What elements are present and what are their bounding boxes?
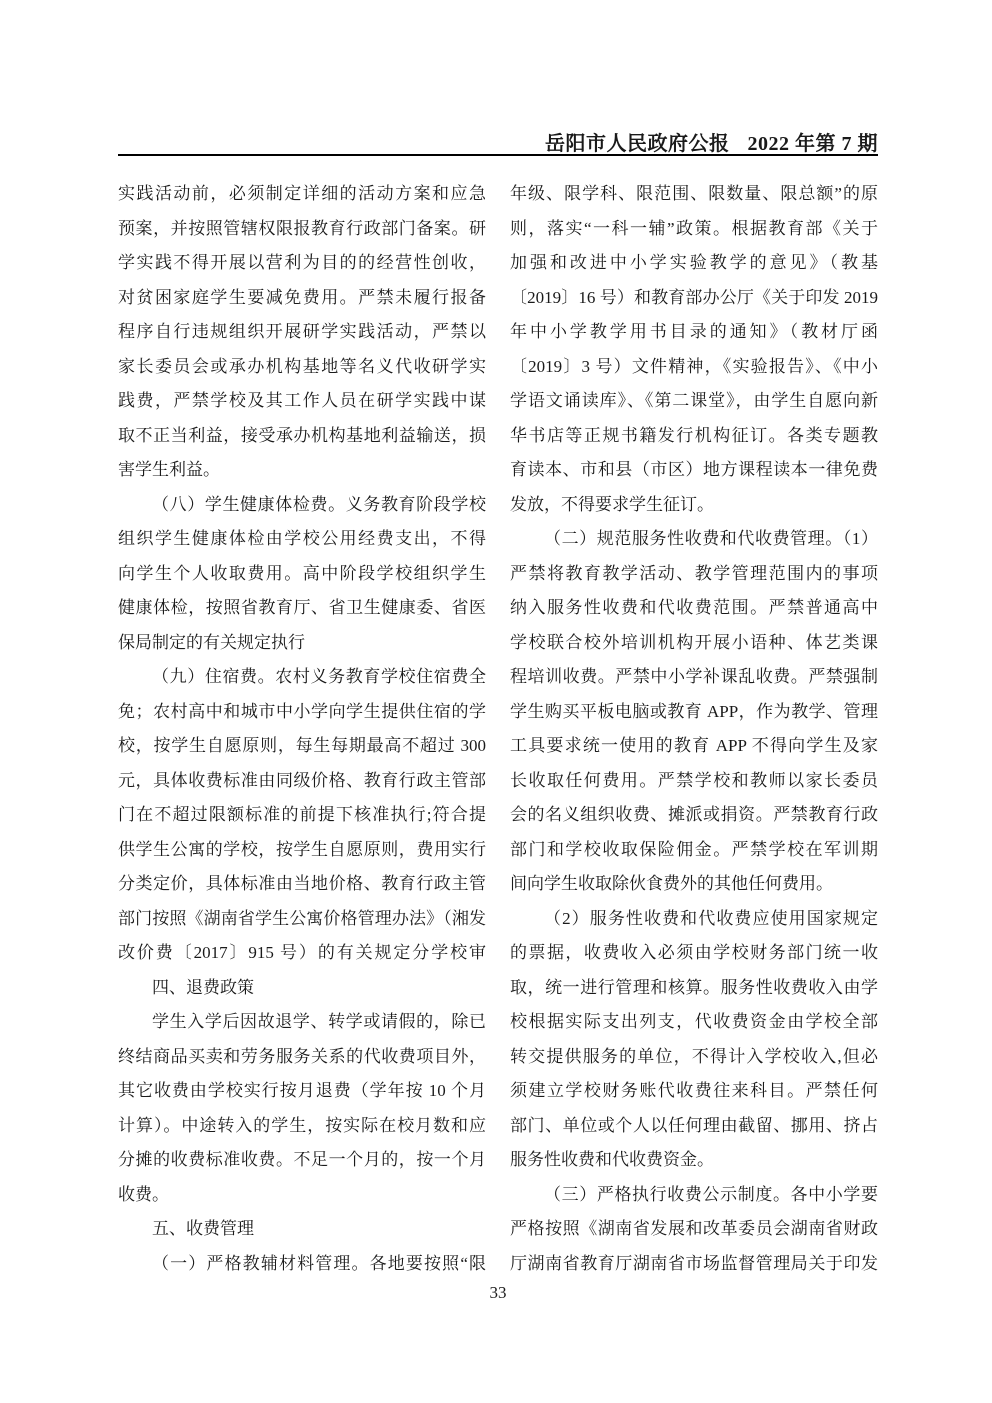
text-line: （一）严格教辅材料管理。各地要按照“限 <box>118 1247 486 1282</box>
text-line: 害学生利益。 <box>118 453 486 488</box>
text-line: 服务性收费和代收费资金。 <box>510 1143 878 1178</box>
text-line: 年级、限学科、限范围、限数量、限总额”的原 <box>510 177 878 212</box>
text-line: 则，落实“一科一辅”政策。根据教育部《关于 <box>510 212 878 247</box>
text-line: 终结商品买卖和劳务服务关系的代收费项目外， <box>118 1040 486 1075</box>
text-line: 健康体检，按照省教育厅、省卫生健康委、省医 <box>118 591 486 626</box>
text-line: 学校联合校外培训机构开展小语种、体艺类课 <box>510 626 878 661</box>
text-line: 对贫困家庭学生要减免费用。严禁未履行报备 <box>118 281 486 316</box>
text-line: 改价费〔2017〕915 号）的有关规定分学校审定。 <box>118 936 486 971</box>
text-line: 须建立学校财务账代收费往来科目。严禁任何 <box>510 1074 878 1109</box>
text-line: 践费，严禁学校及其工作人员在研学实践中谋 <box>118 384 486 419</box>
text-line: 〔2019〕16 号）和教育部办公厅《关于印发 2019 <box>510 281 878 316</box>
text-line: 向学生个人收取费用。高中阶段学校组织学生 <box>118 557 486 592</box>
text-line: 严禁将教育教学活动、教学管理范围内的事项 <box>510 557 878 592</box>
text-line: 实践活动前，必须制定详细的活动方案和应急 <box>118 177 486 212</box>
text-line: 家长委员会或承办机构基地等名义代收研学实 <box>118 350 486 385</box>
text-line: （二）规范服务性收费和代收费管理。（1） <box>510 522 878 557</box>
text-line: 年中小学教学用书目录的通知》（教材厅函 <box>510 315 878 350</box>
text-line: 保局制定的有关规定执行 <box>118 626 486 661</box>
text-line: （2）服务性收费和代收费应使用国家规定 <box>510 902 878 937</box>
page-number: 33 <box>118 1283 878 1303</box>
gazette-page: 岳阳市人民政府公报2022 年第 7 期 实践活动前，必须制定详细的活动方案和应… <box>0 0 992 1403</box>
text-line: 转交提供服务的单位，不得计入学校收入,但必 <box>510 1040 878 1075</box>
text-line: 学语文诵读库》、《第二课堂》，由学生自愿向新 <box>510 384 878 419</box>
text-line: （三）严格执行收费公示制度。各中小学要 <box>510 1178 878 1213</box>
text-line: 组织学生健康体检由学校公用经费支出，不得 <box>118 522 486 557</box>
text-line: 校，按学生自愿原则，每生每期最高不超过 300 <box>118 729 486 764</box>
text-line: 预案，并按照管辖权限报教育行政部门备案。研 <box>118 212 486 247</box>
column-right: 年级、限学科、限范围、限数量、限总额”的原则，落实“一科一辅”政策。根据教育部《… <box>510 177 878 1281</box>
text-line: 加强和改进中小学实验教学的意见》（教基 <box>510 246 878 281</box>
text-line: （八）学生健康体检费。义务教育阶段学校 <box>118 488 486 523</box>
text-line: 四、退费政策 <box>118 971 486 1006</box>
text-line: 元，具体收费标准由同级价格、教育行政主管部 <box>118 764 486 799</box>
gazette-issue: 2022 年第 7 期 <box>748 133 879 155</box>
text-line: 免；农村高中和城市中小学向学生提供住宿的学 <box>118 695 486 730</box>
text-line: 五、收费管理 <box>118 1212 486 1247</box>
text-line: 部门、单位或个人以任何理由截留、挪用、挤占 <box>510 1109 878 1144</box>
page-header: 岳阳市人民政府公报2022 年第 7 期 <box>118 127 878 153</box>
text-line: 学生入学后因故退学、转学或请假的，除已 <box>118 1005 486 1040</box>
text-line: 〔2019〕3 号）文件精神，《实验报告》、《中小 <box>510 350 878 385</box>
text-line: 纳入服务性收费和代收费范围。严禁普通高中 <box>510 591 878 626</box>
text-line: 程培训收费。严禁中小学补课乱收费。严禁强制 <box>510 660 878 695</box>
column-left: 实践活动前，必须制定详细的活动方案和应急预案，并按照管辖权限报教育行政部门备案。… <box>118 177 486 1281</box>
text-line: 供学生公寓的学校，按学生自愿原则，费用实行 <box>118 833 486 868</box>
text-line: 校根据实际支出列支，代收费资金由学校全部 <box>510 1005 878 1040</box>
gazette-title: 岳阳市人民政府公报 <box>545 133 730 155</box>
text-line: 工具要求统一使用的教育 APP 不得向学生及家 <box>510 729 878 764</box>
text-line: 的票据，收费收入必须由学校财务部门统一收 <box>510 936 878 971</box>
text-line: 部门和学校收取保险佣金。严禁学校在军训期 <box>510 833 878 868</box>
text-line: 分类定价，具体标准由当地价格、教育行政主管 <box>118 867 486 902</box>
text-line: 严格按照《湖南省发展和改革委员会湖南省财政 <box>510 1212 878 1247</box>
text-line: 其它收费由学校实行按月退费（学年按 10 个月 <box>118 1074 486 1109</box>
text-line: 取不正当利益，接受承办机构基地利益输送，损 <box>118 419 486 454</box>
text-line: 计算）。中途转入的学生，按实际在校月数和应 <box>118 1109 486 1144</box>
text-line: 华书店等正规书籍发行机构征订。各类专题教 <box>510 419 878 454</box>
text-line: 门在不超过限额标准的前提下核准执行;符合提 <box>118 798 486 833</box>
text-line: 学生购买平板电脑或教育 APP，作为教学、管理 <box>510 695 878 730</box>
text-line: 发放，不得要求学生征订。 <box>510 488 878 523</box>
text-line: 长收取任何费用。严禁学校和教师以家长委员 <box>510 764 878 799</box>
text-line: 厅湖南省教育厅湖南省市场监督管理局关于印发 <box>510 1247 878 1282</box>
text-line: 程序自行违规组织开展研学实践活动，严禁以 <box>118 315 486 350</box>
text-line: 收费。 <box>118 1178 486 1213</box>
text-line: 取，统一进行管理和核算。服务性收费收入由学 <box>510 971 878 1006</box>
header-divider <box>118 154 878 156</box>
text-line: 部门按照《湖南省学生公寓价格管理办法》（湘发 <box>118 902 486 937</box>
text-line: （九）住宿费。农村义务教育学校住宿费全 <box>118 660 486 695</box>
page-body: 实践活动前，必须制定详细的活动方案和应急预案，并按照管辖权限报教育行政部门备案。… <box>118 177 878 1281</box>
text-line: 育读本、市和县（市区）地方课程读本一律免费 <box>510 453 878 488</box>
text-line: 学实践不得开展以营利为目的的经营性创收， <box>118 246 486 281</box>
text-line: 间向学生收取除伙食费外的其他任何费用。 <box>510 867 878 902</box>
text-line: 分摊的收费标准收费。不足一个月的，按一个月 <box>118 1143 486 1178</box>
text-line: 会的名义组织收费、摊派或捐资。严禁教育行政 <box>510 798 878 833</box>
